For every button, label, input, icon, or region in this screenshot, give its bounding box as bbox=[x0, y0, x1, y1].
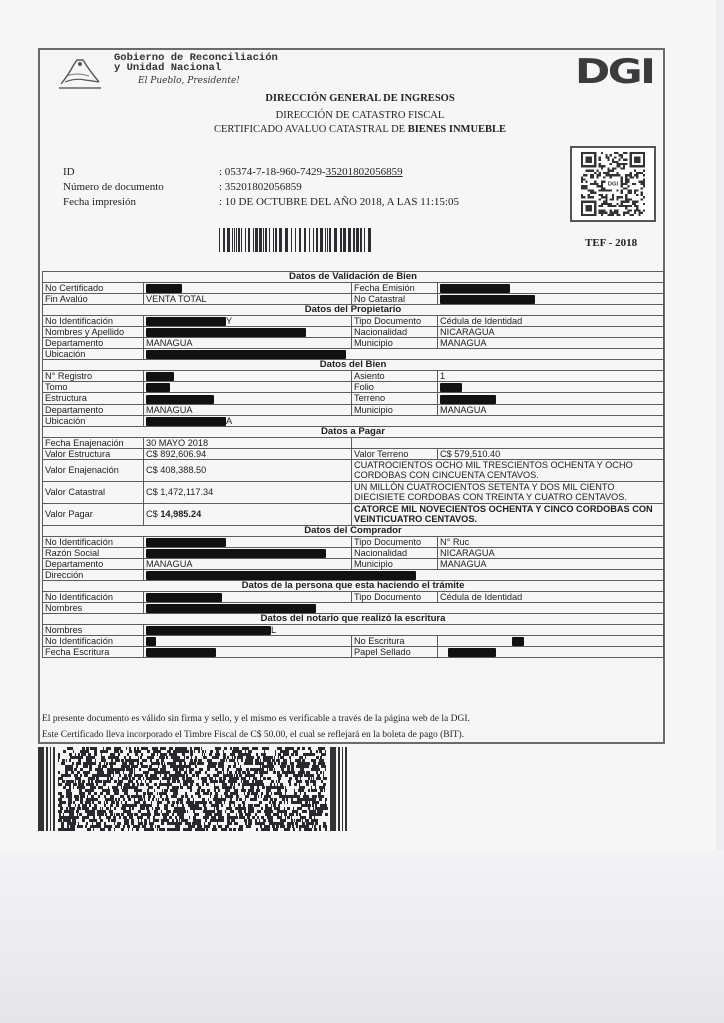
tramite-tipo-doc-value: Cédula de Identidad bbox=[438, 591, 664, 602]
comprador-id-value bbox=[144, 536, 352, 547]
notario-id-label: No Identificación bbox=[43, 635, 144, 646]
print-date-label: Fecha impresión bbox=[63, 195, 219, 210]
propietario-tipo-doc-label: Tipo Documento bbox=[352, 316, 438, 327]
bien-depto-label: Departamento bbox=[43, 404, 144, 415]
papel-sellado-label: Papel Sellado bbox=[352, 647, 438, 658]
propietario-id-value: Y bbox=[144, 316, 352, 327]
section-notario: Datos del notario que realizó la escritu… bbox=[43, 613, 664, 624]
fecha-escritura-label: Fecha Escritura bbox=[43, 647, 144, 658]
doc-number-value: : 35201802056859 bbox=[219, 180, 302, 195]
comprador-direccion-value bbox=[144, 569, 664, 580]
redaction bbox=[146, 626, 271, 635]
terreno-value bbox=[438, 393, 664, 404]
redaction bbox=[146, 317, 226, 326]
scan-background bbox=[0, 850, 724, 1023]
propietario-nombres-value bbox=[144, 327, 352, 338]
notario-nombres-value: L bbox=[144, 624, 664, 635]
title-dgi: DIRECCIÓN GENERAL DE INGRESOS bbox=[200, 93, 520, 104]
no-catastral-label: No Catastral bbox=[352, 294, 438, 305]
redaction bbox=[146, 593, 222, 602]
valor-enajenacion-label: Valor Enajenación bbox=[43, 459, 144, 481]
terreno-label: Terreno bbox=[352, 393, 438, 404]
notario-nombres-label: Nombres bbox=[43, 624, 144, 635]
no-catastral-value bbox=[438, 294, 664, 305]
comprador-depto-value: MANAGUA bbox=[144, 558, 352, 569]
comprador-tipo-doc-label: Tipo Documento bbox=[352, 536, 438, 547]
no-certificado-value bbox=[144, 283, 352, 294]
valor-catastral-label: Valor Catastral bbox=[43, 481, 144, 503]
comprador-direccion-label: Dirección bbox=[43, 569, 144, 580]
razon-social-label: Razón Social bbox=[43, 547, 144, 558]
redaction bbox=[440, 284, 510, 293]
redaction bbox=[146, 350, 346, 359]
propietario-nombres-label: Nombres y Apellido bbox=[43, 327, 144, 338]
propietario-municipio-label: Municipio bbox=[352, 338, 438, 349]
papel-sellado-value bbox=[438, 647, 664, 658]
section-comprador: Datos del Comprador bbox=[43, 525, 664, 536]
comprador-nacionalidad-value: NICARAGUA bbox=[438, 547, 664, 558]
fecha-emision-label: Fecha Emisión bbox=[352, 283, 438, 294]
section-bien: Datos del Bien bbox=[43, 360, 664, 371]
redaction bbox=[146, 372, 174, 381]
valor-estructura-value: C$ 892,606.94 bbox=[144, 448, 352, 459]
valor-pagar-words: CATORCE MIL NOVECIENTOS OCHENTA Y CINCO … bbox=[352, 503, 664, 525]
redaction bbox=[146, 648, 216, 657]
valor-enajenacion-value: C$ 408,388.50 bbox=[144, 459, 352, 481]
valor-catastral-words: UN MILLÓN CUATROCIENTOS SETENTA Y DOS MI… bbox=[352, 481, 664, 503]
fecha-emision-value bbox=[438, 283, 664, 294]
no-escritura-label: No Escritura bbox=[352, 635, 438, 646]
fiscal-stamp-note: Este Certificado lleva incorporado el Ti… bbox=[42, 730, 464, 740]
volcano-emblem-icon bbox=[55, 52, 105, 94]
comprador-depto-label: Departamento bbox=[43, 558, 144, 569]
valor-enajenacion-words: CUATROCIENTOS OCHO MIL TRESCIENTOS OCHEN… bbox=[352, 459, 664, 481]
bien-ubicacion-label: Ubicación bbox=[43, 415, 144, 426]
tef-label: TEF - 2018 bbox=[585, 237, 637, 249]
propietario-id-label: No Identificación bbox=[43, 316, 144, 327]
valor-terreno-value: C$ 579,510.40 bbox=[438, 448, 664, 459]
valor-estructura-label: Valor Estructura bbox=[43, 448, 144, 459]
redaction bbox=[146, 549, 326, 558]
svg-text:DGI: DGI bbox=[608, 182, 619, 188]
qr-code-icon: DGI bbox=[570, 146, 656, 222]
tramite-id-value bbox=[144, 591, 352, 602]
folio-value bbox=[438, 382, 664, 393]
redaction bbox=[146, 604, 316, 613]
estructura-label: Estructura bbox=[43, 393, 144, 404]
propietario-tipo-doc-value: Cédula de Identidad bbox=[438, 316, 664, 327]
redaction bbox=[146, 383, 170, 392]
propietario-nacionalidad-label: Nacionalidad bbox=[352, 327, 438, 338]
redaction bbox=[146, 284, 182, 293]
propietario-depto-label: Departamento bbox=[43, 338, 144, 349]
propietario-ubicacion-value bbox=[144, 349, 664, 360]
section-pagar: Datos a Pagar bbox=[43, 426, 664, 437]
tramite-tipo-doc-label: Tipo Documento bbox=[352, 591, 438, 602]
print-date-value: : 10 DE OCTUBRE DEL AÑO 2018, A LAS 11:1… bbox=[219, 195, 459, 210]
valor-pagar-value: C$ 14,985.24 bbox=[144, 503, 352, 525]
comprador-nacionalidad-label: Nacionalidad bbox=[352, 547, 438, 558]
redaction bbox=[440, 383, 462, 392]
valor-pagar-label: Valor Pagar bbox=[43, 503, 144, 525]
comprador-id-label: No Identificación bbox=[43, 536, 144, 547]
redaction bbox=[146, 328, 306, 337]
id-value: : 05374-7-18-960-7429-35201802056859 bbox=[219, 165, 403, 180]
no-escritura-value bbox=[438, 635, 664, 646]
fin-avaluo-value: VENTA TOTAL bbox=[144, 294, 352, 305]
redaction bbox=[146, 571, 416, 580]
section-tramite: Datos de la persona que esta haciendo el… bbox=[43, 580, 664, 591]
propietario-nacionalidad-value: NICARAGUA bbox=[438, 327, 664, 338]
id-label: ID bbox=[63, 165, 219, 180]
propietario-depto-value: MANAGUA bbox=[144, 338, 352, 349]
registro-value bbox=[144, 371, 352, 382]
razon-social-value bbox=[144, 547, 352, 558]
fin-avaluo-label: Fin Avalúo bbox=[43, 294, 144, 305]
bien-depto-value: MANAGUA bbox=[144, 404, 352, 415]
certificate-table: Datos de Validación de Bien No Certifica… bbox=[42, 271, 664, 658]
bien-municipio-label: Municipio bbox=[352, 404, 438, 415]
dgi-logo: DGI bbox=[575, 57, 653, 87]
barcode-icon bbox=[217, 228, 372, 252]
document-meta: ID: 05374-7-18-960-7429-35201802056859 N… bbox=[63, 165, 459, 210]
government-name: Gobierno de Reconciliación y Unidad Naci… bbox=[114, 53, 278, 73]
comprador-municipio-value: MANAGUA bbox=[438, 558, 664, 569]
section-propietario: Datos del Propietario bbox=[43, 305, 664, 316]
fecha-enajenacion-value: 30 MAYO 2018 bbox=[144, 437, 352, 448]
bien-municipio-value: MANAGUA bbox=[438, 404, 664, 415]
estructura-value bbox=[144, 393, 352, 404]
redaction bbox=[440, 395, 496, 404]
valor-terreno-label: Valor Terreno bbox=[352, 448, 438, 459]
section-validacion: Datos de Validación de Bien bbox=[43, 272, 664, 283]
registro-label: N° Registro bbox=[43, 371, 144, 382]
tramite-id-label: No Identificación bbox=[43, 591, 144, 602]
tramite-nombres-label: Nombres bbox=[43, 602, 144, 613]
folio-label: Folio bbox=[352, 382, 438, 393]
asiento-label: Asiento bbox=[352, 371, 438, 382]
asiento-value: 1 bbox=[438, 371, 664, 382]
doc-number-label: Número de documento bbox=[63, 180, 219, 195]
redaction bbox=[512, 637, 524, 646]
title-certificado: CERTIFICADO AVALUO CATASTRAL DE BIENES I… bbox=[200, 124, 520, 135]
redaction bbox=[146, 395, 214, 404]
redaction bbox=[448, 648, 496, 657]
fecha-enajenacion-label: Fecha Enajenación bbox=[43, 437, 144, 448]
propietario-municipio-value: MANAGUA bbox=[438, 338, 664, 349]
slogan: El Pueblo, Presidente! bbox=[138, 76, 240, 86]
comprador-municipio-label: Municipio bbox=[352, 558, 438, 569]
notario-id-value bbox=[144, 635, 352, 646]
tomo-label: Tomo bbox=[43, 382, 144, 393]
validity-note: El presente documento es válido sin firm… bbox=[42, 714, 470, 724]
tomo-value bbox=[144, 382, 352, 393]
comprador-tipo-doc-value: N° Ruc bbox=[438, 536, 664, 547]
fecha-escritura-value bbox=[144, 647, 352, 658]
redaction bbox=[440, 295, 535, 304]
valor-catastral-value: C$ 1,472,117.34 bbox=[144, 481, 352, 503]
redaction bbox=[146, 637, 156, 646]
redaction bbox=[146, 538, 226, 547]
propietario-ubicacion-label: Ubicación bbox=[43, 349, 144, 360]
redaction bbox=[146, 417, 226, 426]
tramite-nombres-value bbox=[144, 602, 664, 613]
pdf417-barcode-icon bbox=[38, 747, 348, 831]
no-certificado-label: No Certificado bbox=[43, 283, 144, 294]
title-catastro: DIRECCIÓN DE CATASTRO FISCAL bbox=[200, 110, 520, 121]
bien-ubicacion-value: A bbox=[144, 415, 664, 426]
